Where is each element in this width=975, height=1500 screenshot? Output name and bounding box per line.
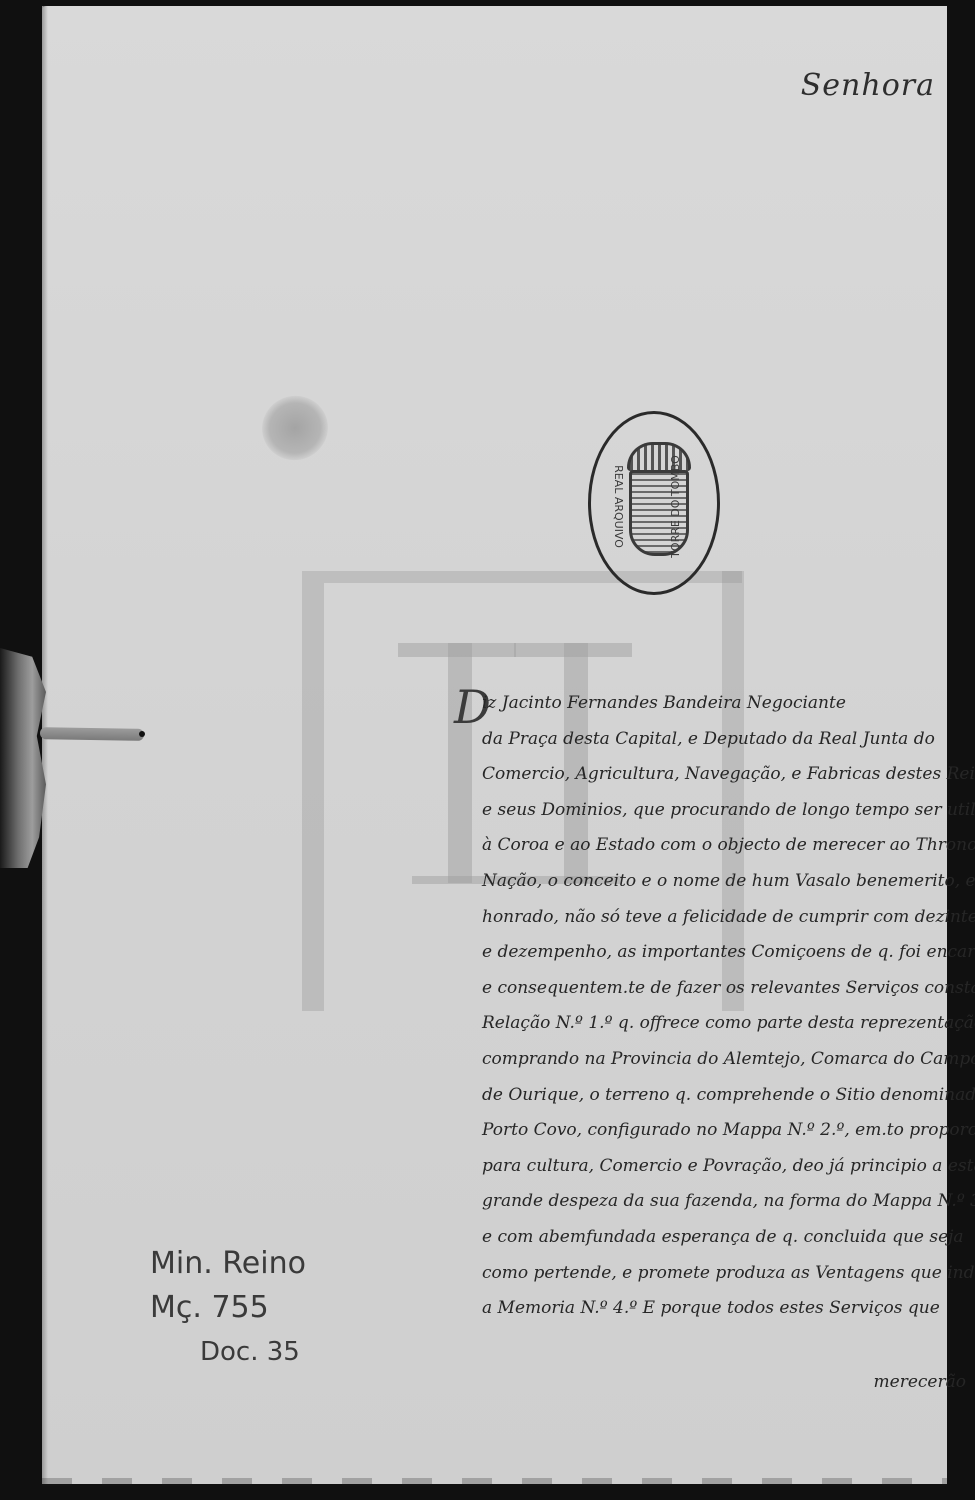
text-line: e consequentem.te de fazer os relevantes…: [482, 971, 975, 1007]
text-line: Porto Covo, configurado no Mappa N.º 2.º…: [482, 1113, 975, 1149]
archive-reference: Min. Reino Mç. 755 Doc. 35: [150, 1242, 306, 1374]
binding-string: [40, 727, 144, 741]
text-line: da Praça desta Capital, e Deputado da Re…: [482, 722, 975, 758]
manuscript-body: iz Jacinto Fernandes Bandeira Negociante…: [482, 686, 975, 1400]
seal-text-left: REAL ARQUIVO: [612, 465, 625, 548]
string-end: [139, 731, 145, 737]
text-line: a Memoria N.º 4.º E porque todos estes S…: [482, 1291, 975, 1327]
text-line: à Coroa e ao Estado com o objecto de mer…: [482, 828, 975, 864]
text-line: Relação N.º 1.º q. offrece como parte de…: [482, 1006, 975, 1042]
text-line: grande despeza da sua fazenda, na forma …: [482, 1184, 975, 1220]
manuscript-page: Senhora REAL ARQUIVO TORRE DO TOMBO D iz…: [42, 6, 947, 1484]
text-line: e seus Dominios, que procurando de longo…: [482, 793, 975, 829]
salutation: Senhora: [801, 68, 935, 103]
torn-edge: [42, 1478, 947, 1486]
text-line: e dezempenho, as importantes Comiçoens d…: [482, 935, 975, 971]
text-line: de Ourique, o terreno q. comprehende o S…: [482, 1078, 975, 1114]
binding-ribbon: [0, 648, 46, 868]
text-line: iz Jacinto Fernandes Bandeira Negociante: [482, 686, 975, 722]
archive-fonds: Min. Reino: [150, 1242, 306, 1286]
text-line: para cultura, Comercio e Povração, deo j…: [482, 1149, 975, 1185]
ink-stain: [253, 387, 337, 470]
archive-seal-stamp: REAL ARQUIVO TORRE DO TOMBO: [588, 411, 720, 595]
text-line: comprando na Provincia do Alemtejo, Coma…: [482, 1042, 975, 1078]
archive-document-number: Doc. 35: [150, 1330, 306, 1374]
text-line: Nação, o conceito e o nome de hum Vasalo…: [482, 864, 975, 900]
text-line: e com abemfundada esperança de q. conclu…: [482, 1220, 975, 1256]
text-line: honrado, não só teve a felicidade de cum…: [482, 900, 975, 936]
text-line: como pertende, e promete produza as Vent…: [482, 1256, 975, 1292]
seal-text-right: TORRE DO TOMBO: [669, 455, 682, 558]
page-edge-shadow: [42, 6, 48, 1484]
archive-bundle: Mç. 755: [150, 1286, 306, 1330]
text-line: Comercio, Agricultura, Navegação, e Fabr…: [482, 757, 975, 793]
catchword: merecerão: [482, 1365, 975, 1401]
